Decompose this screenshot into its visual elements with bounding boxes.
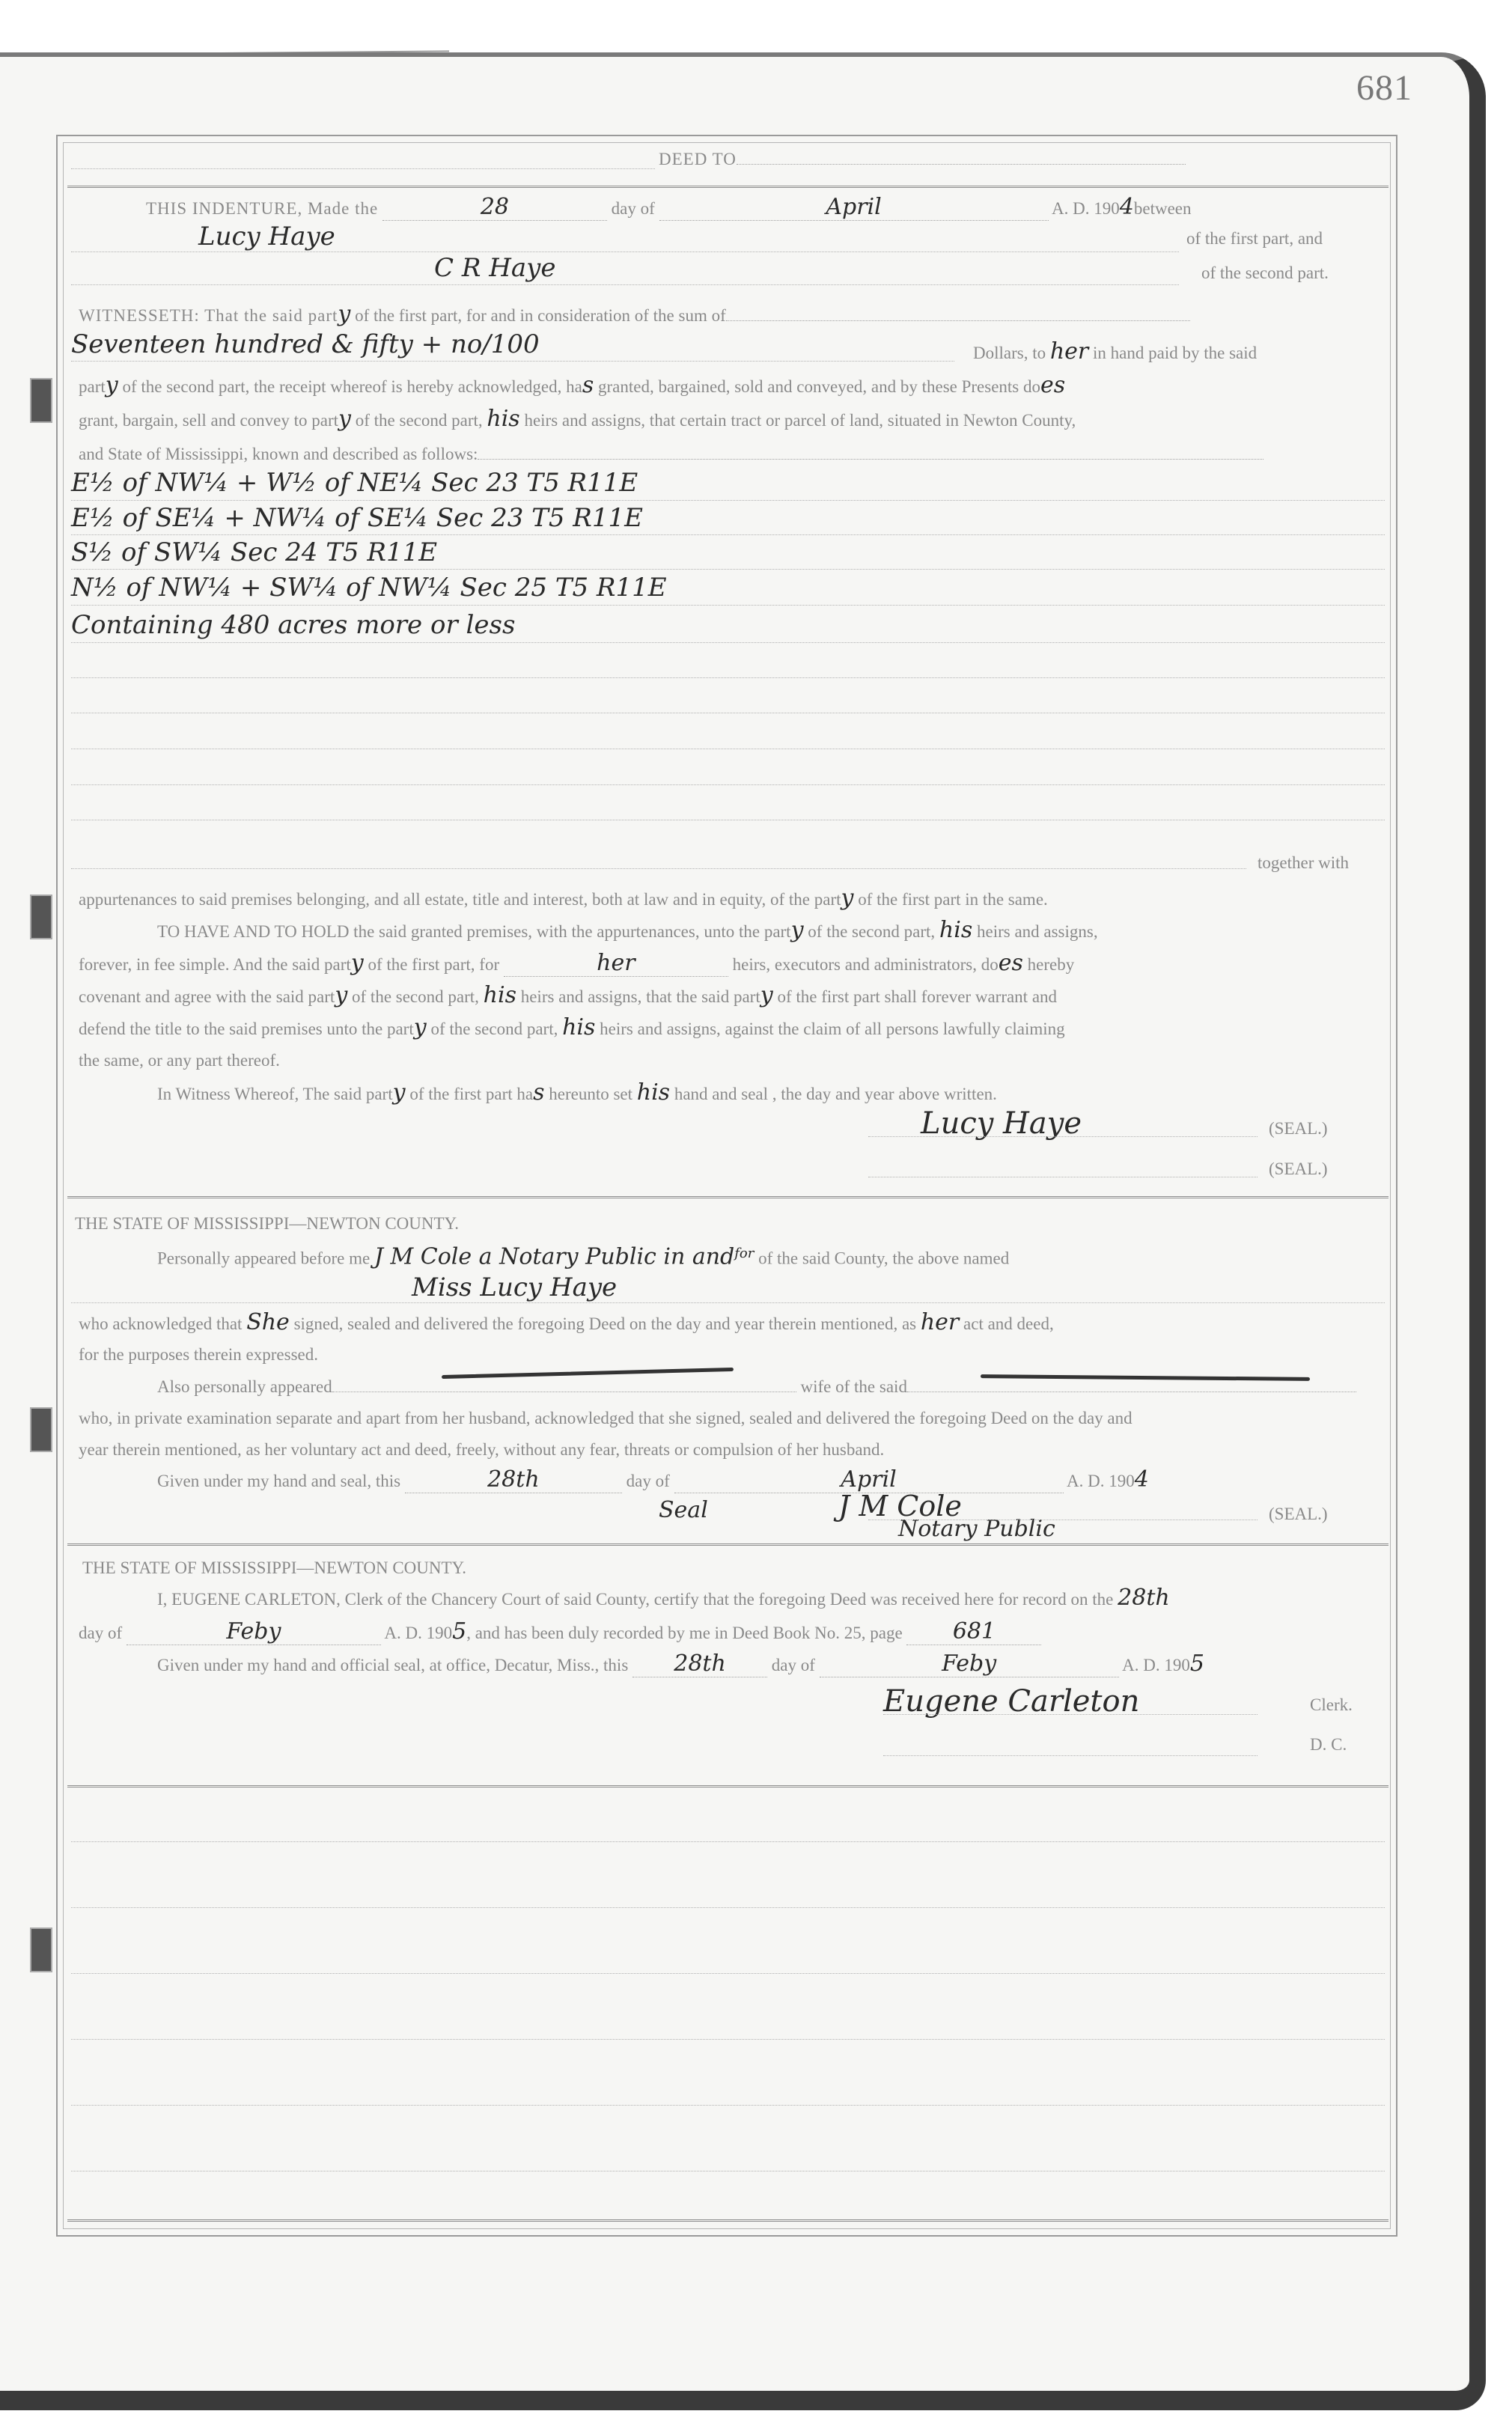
signature-rule <box>883 1755 1258 1756</box>
ruled-line <box>71 749 1385 749</box>
seal-label: (SEAL.) <box>1269 1505 1328 1524</box>
ruled-line <box>71 534 1385 535</box>
ruled-line <box>71 1841 1385 1842</box>
second-party-name: C R Haye <box>434 253 555 283</box>
clerk-certify-line: I, EUGENE CARLETON, Clerk of the Chancer… <box>157 1587 1467 1611</box>
land-description-line: E½ of SE¼ + NW¼ of SE¼ Sec 23 T5 R11E <box>71 503 643 533</box>
grant-line: grant, bargain, sell and convey to party… <box>79 408 1388 432</box>
clerk-heading: THE STATE OF MISSISSIPPI—NEWTON COUNTY. <box>82 1557 1392 1579</box>
ruled-line <box>71 1907 1385 1908</box>
who-acknowledged-line: who acknowledged that She signed, sealed… <box>79 1311 1388 1335</box>
notary-seal-mark: Seal <box>659 1497 708 1523</box>
section-divider <box>67 1785 1388 1787</box>
to-have-line: TO HAVE AND TO HOLD the said granted pre… <box>157 919 1467 943</box>
clerk-given-line: Given under my hand and official seal, a… <box>157 1653 1467 1677</box>
first-party-rule <box>71 252 1179 252</box>
ruled-line <box>71 605 1385 606</box>
sum-rule <box>71 361 954 362</box>
binder-tab-icon <box>30 894 52 939</box>
given-under-line: Given under my hand and seal, this 28th … <box>157 1469 1467 1493</box>
dollars-to-line: Dollars, to her in hand paid by the said <box>973 338 1257 365</box>
ruled-line <box>71 820 1385 820</box>
ruled-line <box>71 1302 1385 1303</box>
receipt-line: party of the second part, the receipt wh… <box>79 374 1388 398</box>
land-description-line: S½ of SW¼ Sec 24 T5 R11E <box>71 537 437 567</box>
indenture-day: 28 <box>481 194 509 220</box>
consideration-sum: Seventeen hundred & fifty + no/100 <box>71 329 540 359</box>
land-description-line: E½ of NW¼ + W½ of NE¼ Sec 23 T5 R11E <box>71 468 638 498</box>
notary-name: J M Cole a Notary Public in and <box>374 1244 734 1270</box>
appurtenances-line: appurtenances to said premises belonging… <box>79 887 1388 911</box>
ruled-line <box>71 1973 1385 1974</box>
deed-to-heading: DEED TO <box>659 148 1512 171</box>
ruled-line <box>71 2105 1385 2106</box>
record-date-line: day of Feby A. D. 1905, and has been dul… <box>79 1621 1388 1645</box>
ruled-line <box>71 569 1385 570</box>
deed-book-page: 681 <box>953 1618 996 1645</box>
ruled-line <box>71 784 1385 785</box>
land-description-line: N½ of NW¼ + SW¼ of NW¼ Sec 25 T5 R11E <box>71 573 667 603</box>
header-rule <box>71 168 655 169</box>
signature-rule <box>868 1520 1258 1520</box>
ack-heading: THE STATE OF MISSISSIPPI—NEWTON COUNTY. <box>75 1213 1385 1235</box>
ruled-line <box>71 500 1385 501</box>
ruled-line <box>71 2039 1385 2040</box>
binder-tab-icon <box>30 378 52 423</box>
defend-line: defend the title to the said premises un… <box>79 1017 1388 1040</box>
indenture-month: April <box>826 194 881 220</box>
seal-label: (SEAL.) <box>1269 1159 1328 1179</box>
described-line: and State of Mississippi, known and desc… <box>79 443 1388 466</box>
ruled-line <box>71 2171 1385 2171</box>
section-divider <box>67 1543 1388 1546</box>
first-party-name: Lucy Haye <box>198 222 335 252</box>
ruled-line <box>71 713 1385 713</box>
indenture-year: 4 <box>1120 194 1134 220</box>
in-witness-line: In Witness Whereof, The said party of th… <box>157 1082 1467 1106</box>
signature-rule <box>883 1714 1258 1715</box>
page-number: 681 <box>1356 67 1412 109</box>
private-exam-line: who, in private examination separate and… <box>79 1407 1388 1430</box>
private-exam-line: year therein mentioned, as her voluntary… <box>79 1439 1388 1461</box>
witnesseth-line: WITNESSETH: That the said party of the f… <box>79 303 1388 327</box>
signature-rule <box>868 1136 1258 1137</box>
same-line: the same, or any part thereof. <box>79 1049 1388 1072</box>
section-divider <box>67 1196 1388 1198</box>
acknowledging-party: Miss Lucy Haye <box>412 1272 617 1302</box>
land-description-line: Containing 480 acres more or less <box>71 610 515 640</box>
deputy-clerk-label: D. C. <box>1310 1735 1347 1755</box>
ruled-line <box>71 868 1246 869</box>
binder-tab-icon <box>30 1407 52 1452</box>
ruled-line <box>71 677 1385 678</box>
covenant-line: covenant and agree with the said party o… <box>79 984 1388 1008</box>
clerk-label: Clerk. <box>1310 1695 1353 1715</box>
indenture-line: THIS INDENTURE, Made the 28 day of April… <box>146 196 1456 221</box>
personally-appeared-line: Personally appeared before me J M Cole a… <box>157 1243 1467 1270</box>
purposes-line: for the purposes therein expressed. <box>79 1344 1388 1366</box>
binder-tab-icon <box>30 1927 52 1972</box>
together-with-label: together with <box>1258 853 1349 873</box>
ruled-line <box>71 642 1385 643</box>
section-divider <box>67 186 1388 188</box>
fee-simple-line: forever, in fee simple. And the said par… <box>79 952 1388 977</box>
section-divider <box>67 2219 1388 2222</box>
signature-rule <box>868 1177 1258 1177</box>
of-first-part-label: of the first part, and <box>1186 229 1323 249</box>
seal-label: (SEAL.) <box>1269 1119 1328 1139</box>
of-second-part-label: of the second part. <box>1201 263 1329 283</box>
second-party-rule <box>71 284 1179 285</box>
